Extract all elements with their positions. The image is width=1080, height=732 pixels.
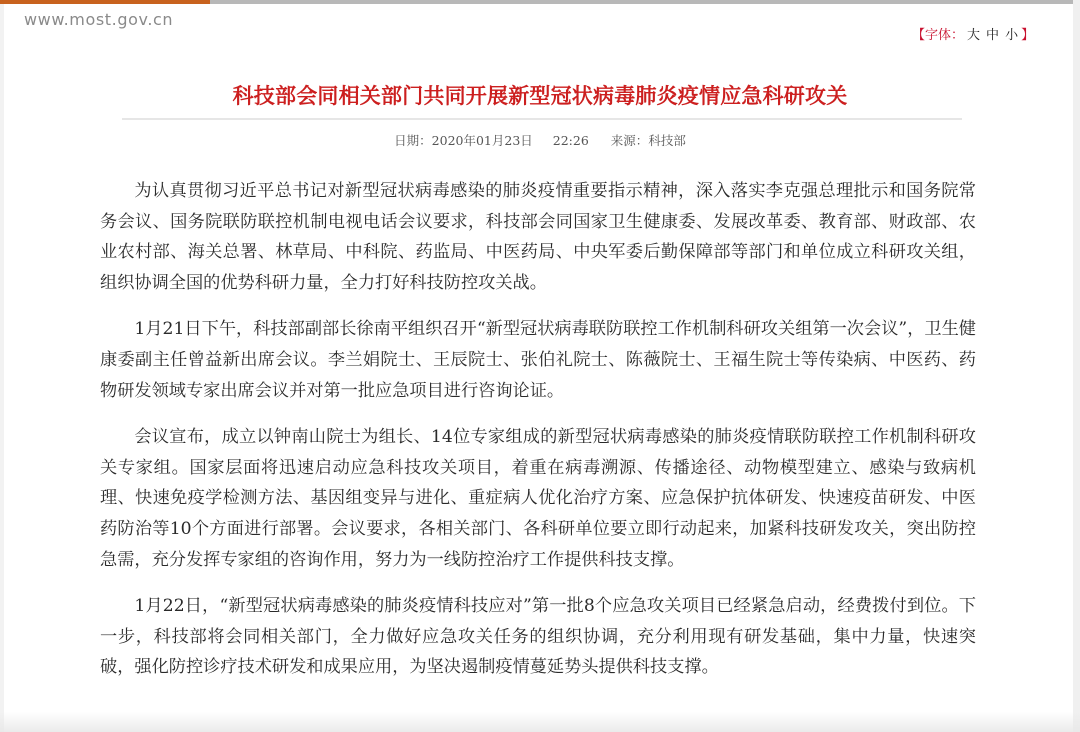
date-field: 日期：2020年01月23日 bbox=[394, 133, 533, 148]
time-value: 22:26 bbox=[553, 133, 589, 148]
close-bracket: 】 bbox=[1021, 24, 1034, 43]
article-body: 为认真贯彻习近平总书记对新型冠状病毒感染的肺炎疫情重要指示精神，深入落实李克强总… bbox=[100, 176, 976, 699]
paragraph-2: 1月21日下午，科技部副部长徐南平组织召开“新型冠状病毒联防联控工作机制科研攻关… bbox=[100, 314, 976, 406]
top-accent-bar bbox=[0, 0, 1073, 4]
source-label: 来源： bbox=[611, 133, 649, 148]
font-size-medium-button[interactable]: 中 bbox=[986, 24, 999, 43]
font-size-small-button[interactable]: 小 bbox=[1005, 24, 1018, 43]
article-meta: 日期：2020年01月23日 22:26 来源：科技部 bbox=[0, 131, 1080, 149]
site-url-logo[interactable]: www.most.gov.cn bbox=[24, 10, 173, 29]
paragraph-1: 为认真贯彻习近平总书记对新型冠状病毒感染的肺炎疫情重要指示精神，深入落实李克强总… bbox=[100, 176, 976, 298]
date-value: 2020年01月23日 bbox=[432, 133, 533, 148]
top-bar-gray-segment bbox=[210, 0, 1073, 4]
font-size-label: 字体： bbox=[925, 24, 964, 43]
open-bracket: 【 bbox=[912, 24, 925, 43]
paragraph-4: 1月22日，“新型冠状病毒感染的肺炎疫情科技应对”第一批8个应急攻关项目已经紧急… bbox=[100, 591, 976, 683]
bottom-fade bbox=[0, 712, 1080, 732]
date-label: 日期： bbox=[394, 133, 432, 148]
top-bar-accent-segment bbox=[0, 0, 210, 4]
font-size-control: 【 字体： 大 中 小 】 bbox=[912, 24, 1034, 43]
title-divider bbox=[122, 118, 962, 120]
paragraph-3: 会议宣布，成立以钟南山院士为组长、14位专家组成的新型冠状病毒感染的肺炎疫情联防… bbox=[100, 422, 976, 575]
font-size-large-button[interactable]: 大 bbox=[967, 24, 980, 43]
source-value: 科技部 bbox=[648, 133, 686, 148]
article-title: 科技部会同相关部门共同开展新型冠状病毒肺炎疫情应急科研攻关 bbox=[0, 80, 1080, 110]
source-field: 来源：科技部 bbox=[611, 133, 686, 148]
